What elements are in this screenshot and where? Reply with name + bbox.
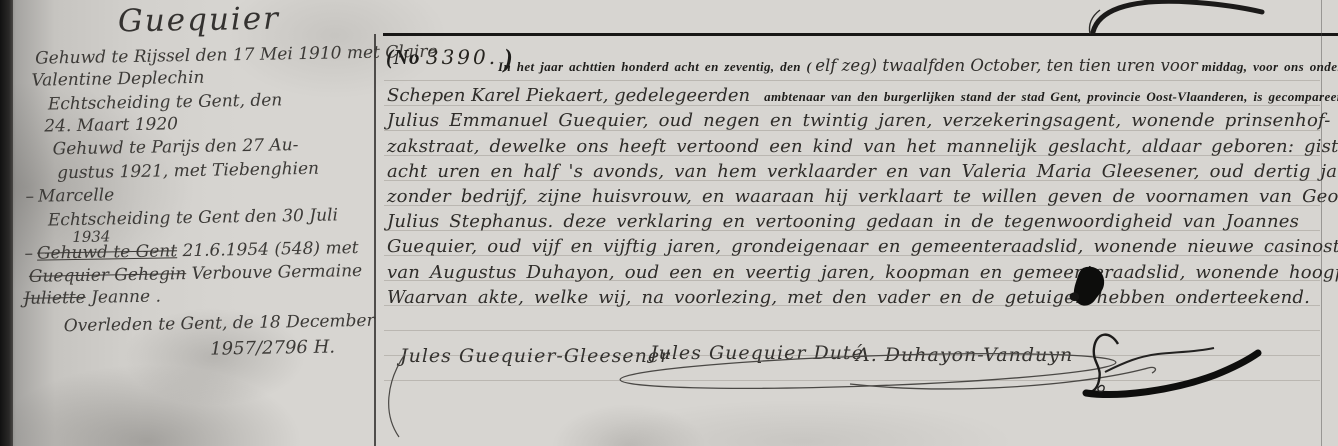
margin-note-text: Jeanne . bbox=[91, 287, 161, 308]
margin-note-text: Marcelle bbox=[38, 185, 115, 206]
act-body-line: zonder bedrijf, zijne huisvrouw, en waar… bbox=[387, 186, 1338, 207]
margin-note-text: Echtscheiding te Gent den 30 Juli bbox=[48, 205, 338, 230]
signature-witness-1: Jules Guequier Duté bbox=[650, 342, 864, 364]
margin-notes: Gehuwd te Rijssel den 17 Mei 1910 met Cl… bbox=[0, 0, 384, 446]
act-line-official: Schepen Karel Piekaert, gedelegeerdenamb… bbox=[387, 85, 1338, 106]
margin-note-text: Echtscheiding te Gent, den bbox=[48, 90, 283, 114]
margin-note-text: 1957/2796 H. bbox=[210, 336, 335, 359]
margin-note-divorce-1920-cont: 24. Maart 1920 bbox=[44, 114, 178, 136]
struck-text: Juliette bbox=[23, 288, 86, 309]
dash-mark: – bbox=[25, 187, 34, 207]
printed-text: middag, voor ons ondergeteekenden bbox=[1202, 59, 1338, 74]
margin-note-death-1957-ref: 1957/2796 H. bbox=[210, 336, 335, 359]
signature-official bbox=[1080, 330, 1270, 400]
margin-note-marriage-1954-cont2: Juliette Jeanne . bbox=[23, 287, 161, 309]
register-page: Guequier Gehuwd te Rijssel den 17 Mei 19… bbox=[0, 0, 1338, 446]
margin-note-text: Gehuwd te Parijs den 27 Au- bbox=[53, 135, 299, 159]
act-body-line: Waarvan akte, welke wij, na voorlezing, … bbox=[387, 287, 1310, 308]
margin-note-marriage-1921: Gehuwd te Parijs den 27 Au- bbox=[53, 135, 299, 159]
margin-note-marriage-1954-cont: Guequier Gehegin Verbouve Germaine bbox=[29, 261, 363, 287]
act-body-line: Guequier, oud vijf en vijftig jaren, gro… bbox=[387, 236, 1338, 257]
margin-note-text: Valentine Deplechin bbox=[31, 68, 204, 91]
margin-note-text: Gehuwd te Rijssel den 17 Mei 1910 met Cl… bbox=[35, 42, 438, 69]
act-body-line: zakstraat, dewelke ons heeft vertoond ee… bbox=[387, 136, 1338, 157]
printed-text: In het jaar achttien honderd acht en zev… bbox=[498, 59, 811, 74]
margin-note-marriage-1910-cont: Valentine Deplechin bbox=[31, 68, 204, 91]
signature-witness-2: A. Duhayon-Vanduyn bbox=[856, 344, 1073, 366]
handwritten-fill: Schepen Karel Piekaert, gedelegeerden bbox=[387, 85, 750, 106]
margin-note-text: Overleden te Gent, de 18 December bbox=[64, 311, 375, 336]
act-body-line: Julius Stephanus. deze verklaring en ver… bbox=[387, 211, 1299, 232]
act-opening-line: In het jaar achttien honderd acht en zev… bbox=[498, 56, 1338, 75]
handwritten-fill: elf zeg) twaalfden October, ten tien ure… bbox=[815, 56, 1197, 75]
act-body-line: van Augustus Duhayon, oud een en veertig… bbox=[387, 262, 1338, 283]
previous-signature-flourish-tail bbox=[1089, 10, 1100, 34]
printed-text: ambtenaar van den burgerlijken stand der… bbox=[764, 89, 1338, 104]
struck-text: Gehuwd te Gent bbox=[37, 241, 177, 263]
struck-text: Guequier Gehegin bbox=[29, 264, 187, 287]
margin-note-divorce-1920: Echtscheiding te Gent, den bbox=[48, 90, 283, 114]
margin-note-text: 24. Maart 1920 bbox=[44, 114, 178, 136]
act-body-line: Julius Emmanuel Guequier, oud negen en t… bbox=[387, 110, 1331, 131]
margin-note-text: 21.6.1954 (548) met bbox=[182, 238, 358, 261]
act-body-line: acht uren en half 's avonds, van hem ver… bbox=[387, 161, 1338, 182]
margin-note-divorce-1934: Echtscheiding te Gent den 30 Juli bbox=[48, 205, 338, 230]
margin-note-text: gustus 1921, met Tiebenghien bbox=[57, 159, 319, 184]
dash-mark: – bbox=[24, 244, 33, 264]
margin-note-death-1957: Overleden te Gent, de 18 December bbox=[64, 311, 375, 336]
margin-note-marriage-1921-cont: gustus 1921, met Tiebenghien bbox=[57, 159, 319, 184]
margin-note-marriage-1910: Gehuwd te Rijssel den 17 Mei 1910 met Cl… bbox=[35, 42, 438, 69]
previous-signature-flourish bbox=[1093, 1, 1262, 32]
margin-note-text: Verbouve Germaine bbox=[191, 261, 362, 284]
margin-note-marcelle: –Marcelle bbox=[25, 185, 114, 207]
act-number-value: 3390. bbox=[426, 45, 498, 69]
act-number-prefix: (No bbox=[386, 45, 420, 69]
record-separator-line bbox=[383, 33, 1338, 36]
signature-declarant: Jules Guequier-Gleesener bbox=[400, 345, 670, 367]
act-number: (No3390.) bbox=[386, 44, 513, 74]
